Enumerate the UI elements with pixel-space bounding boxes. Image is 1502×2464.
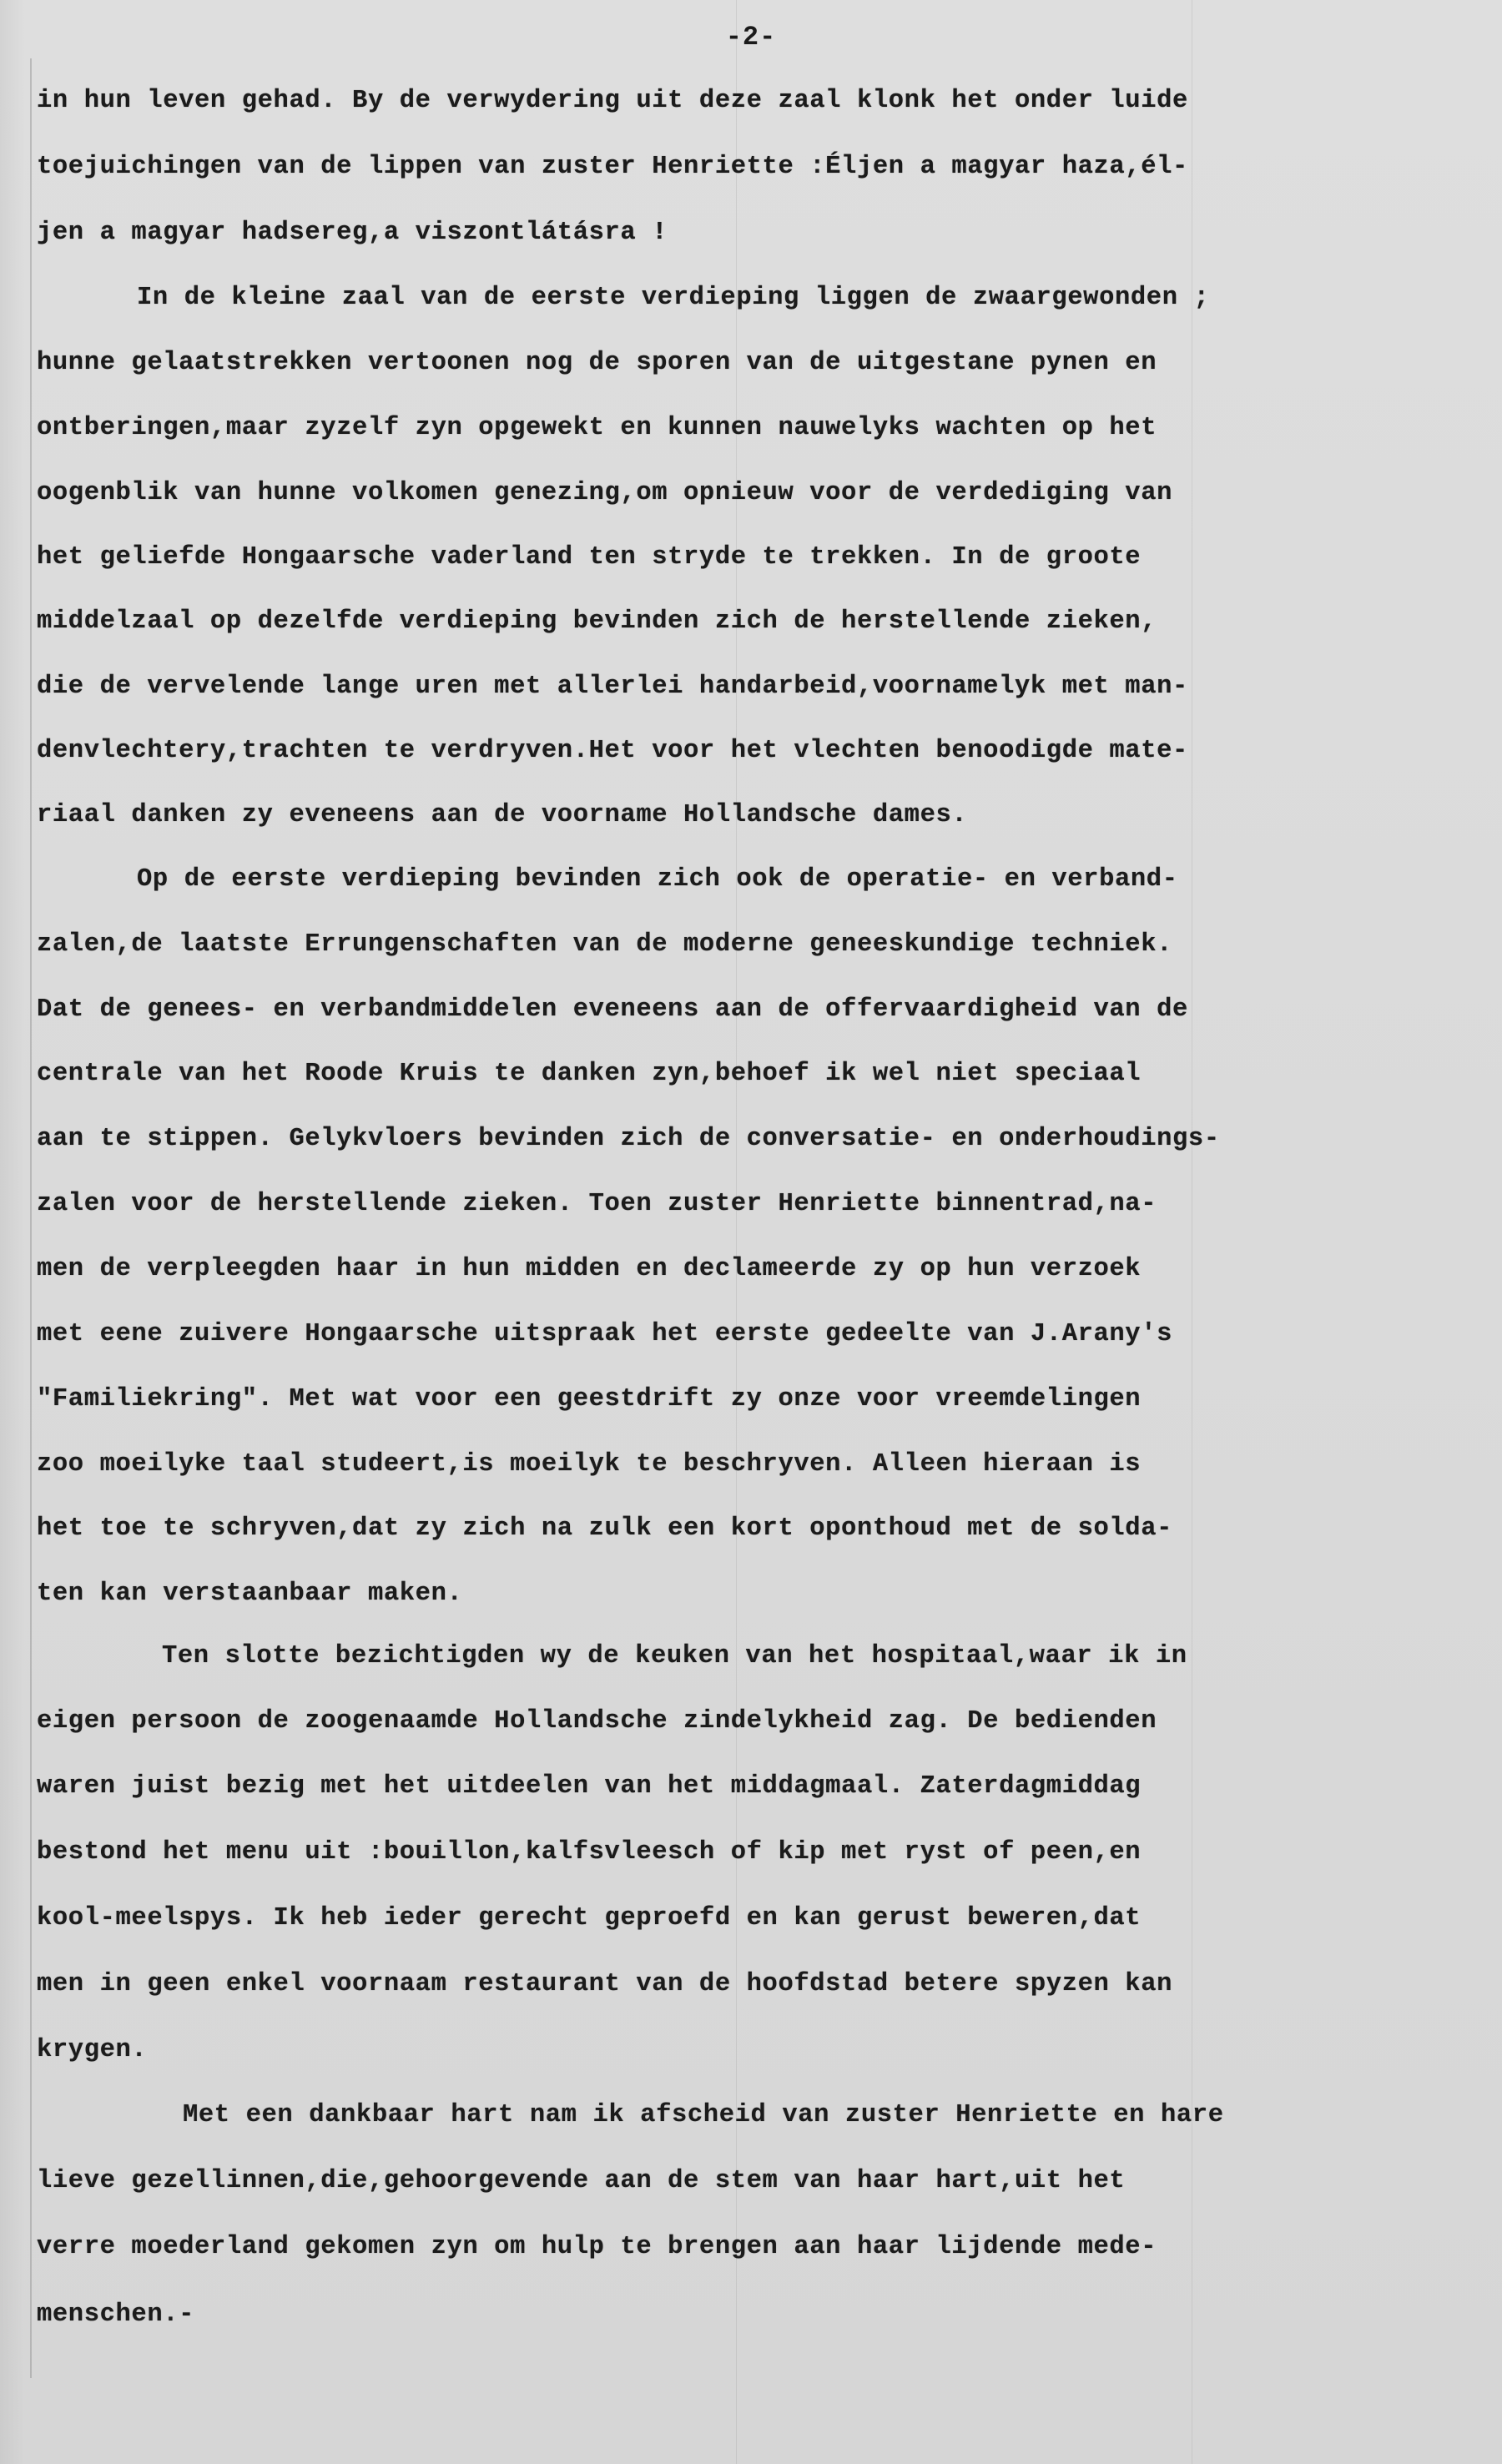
text-line: oogenblik van hunne volkomen genezing,om… [37,479,1172,507]
text-line: kool-meelspys. Ik heb ieder gerecht gepr… [37,1904,1141,1932]
text-line: menschen.- [37,2300,194,2329]
text-line: met eene zuivere Hongaarsche uitspraak h… [37,1320,1172,1348]
text-line: krygen. [37,2036,147,2064]
text-line: centrale van het Roode Kruis te danken z… [37,1060,1141,1088]
left-margin-line [30,58,32,2378]
text-line: middelzaal op dezelfde verdieping bevind… [37,607,1157,636]
text-line: zalen,de laatste Errungenschaften van de… [37,930,1172,959]
text-line: Ten slotte bezichtigden wy de keuken van… [37,1642,1187,1670]
text-line: Dat de genees- en verbandmiddelen evenee… [37,995,1188,1024]
text-line: eigen persoon de zoogenaamde Hollandsche… [37,1707,1157,1736]
text-line: ontberingen,maar zyzelf zyn opgewekt en … [37,414,1157,442]
text-line: jen a magyar hadsereg,a viszontlátásra ! [37,219,668,247]
text-line: men de verpleegden haar in hun midden en… [37,1255,1141,1283]
page-number: -2- [0,22,1502,53]
text-line: toejuichingen van de lippen van zuster H… [37,153,1188,181]
text-line: zoo moeilyke taal studeert,is moeilyk te… [37,1450,1141,1479]
text-line: lieve gezellinnen,die,gehoorgevende aan … [37,2167,1125,2195]
text-line: denvlechtery,trachten te verdryven.Het v… [37,737,1188,765]
text-line: aan te stippen. Gelykvloers bevinden zic… [37,1125,1220,1153]
text-line: het geliefde Hongaarsche vaderland ten s… [37,543,1141,572]
text-line: men in geen enkel voornaam restaurant va… [37,1970,1172,1998]
text-line: verre moederland gekomen zyn om hulp te … [37,2233,1157,2261]
text-line: in hun leven gehad. By de verwydering ui… [37,87,1188,115]
text-line: bestond het menu uit :bouillon,kalfsvlee… [37,1838,1141,1867]
text-line: zalen voor de herstellende zieken. Toen … [37,1190,1157,1218]
text-line: In de kleine zaal van de eerste verdiepi… [37,284,1209,312]
text-line: het toe te schryven,dat zy zich na zulk … [37,1514,1172,1543]
text-line: waren juist bezig met het uitdeelen van … [37,1772,1141,1801]
text-line: Met een dankbaar hart nam ik afscheid va… [37,2101,1224,2129]
paper-fold-line [1192,0,1192,2464]
text-line: "Familiekring". Met wat voor een geestdr… [37,1385,1141,1413]
text-line: ten kan verstaanbaar maken. [37,1580,462,1608]
text-line: hunne gelaatstrekken vertoonen nog de sp… [37,349,1157,377]
typewritten-page: -2- in hun leven gehad. By de verwyderin… [0,0,1502,2464]
text-line: die de vervelende lange uren met allerle… [37,673,1188,701]
text-line: Op de eerste verdieping bevinden zich oo… [37,865,1178,894]
text-line: riaal danken zy eveneens aan de voorname… [37,801,967,829]
